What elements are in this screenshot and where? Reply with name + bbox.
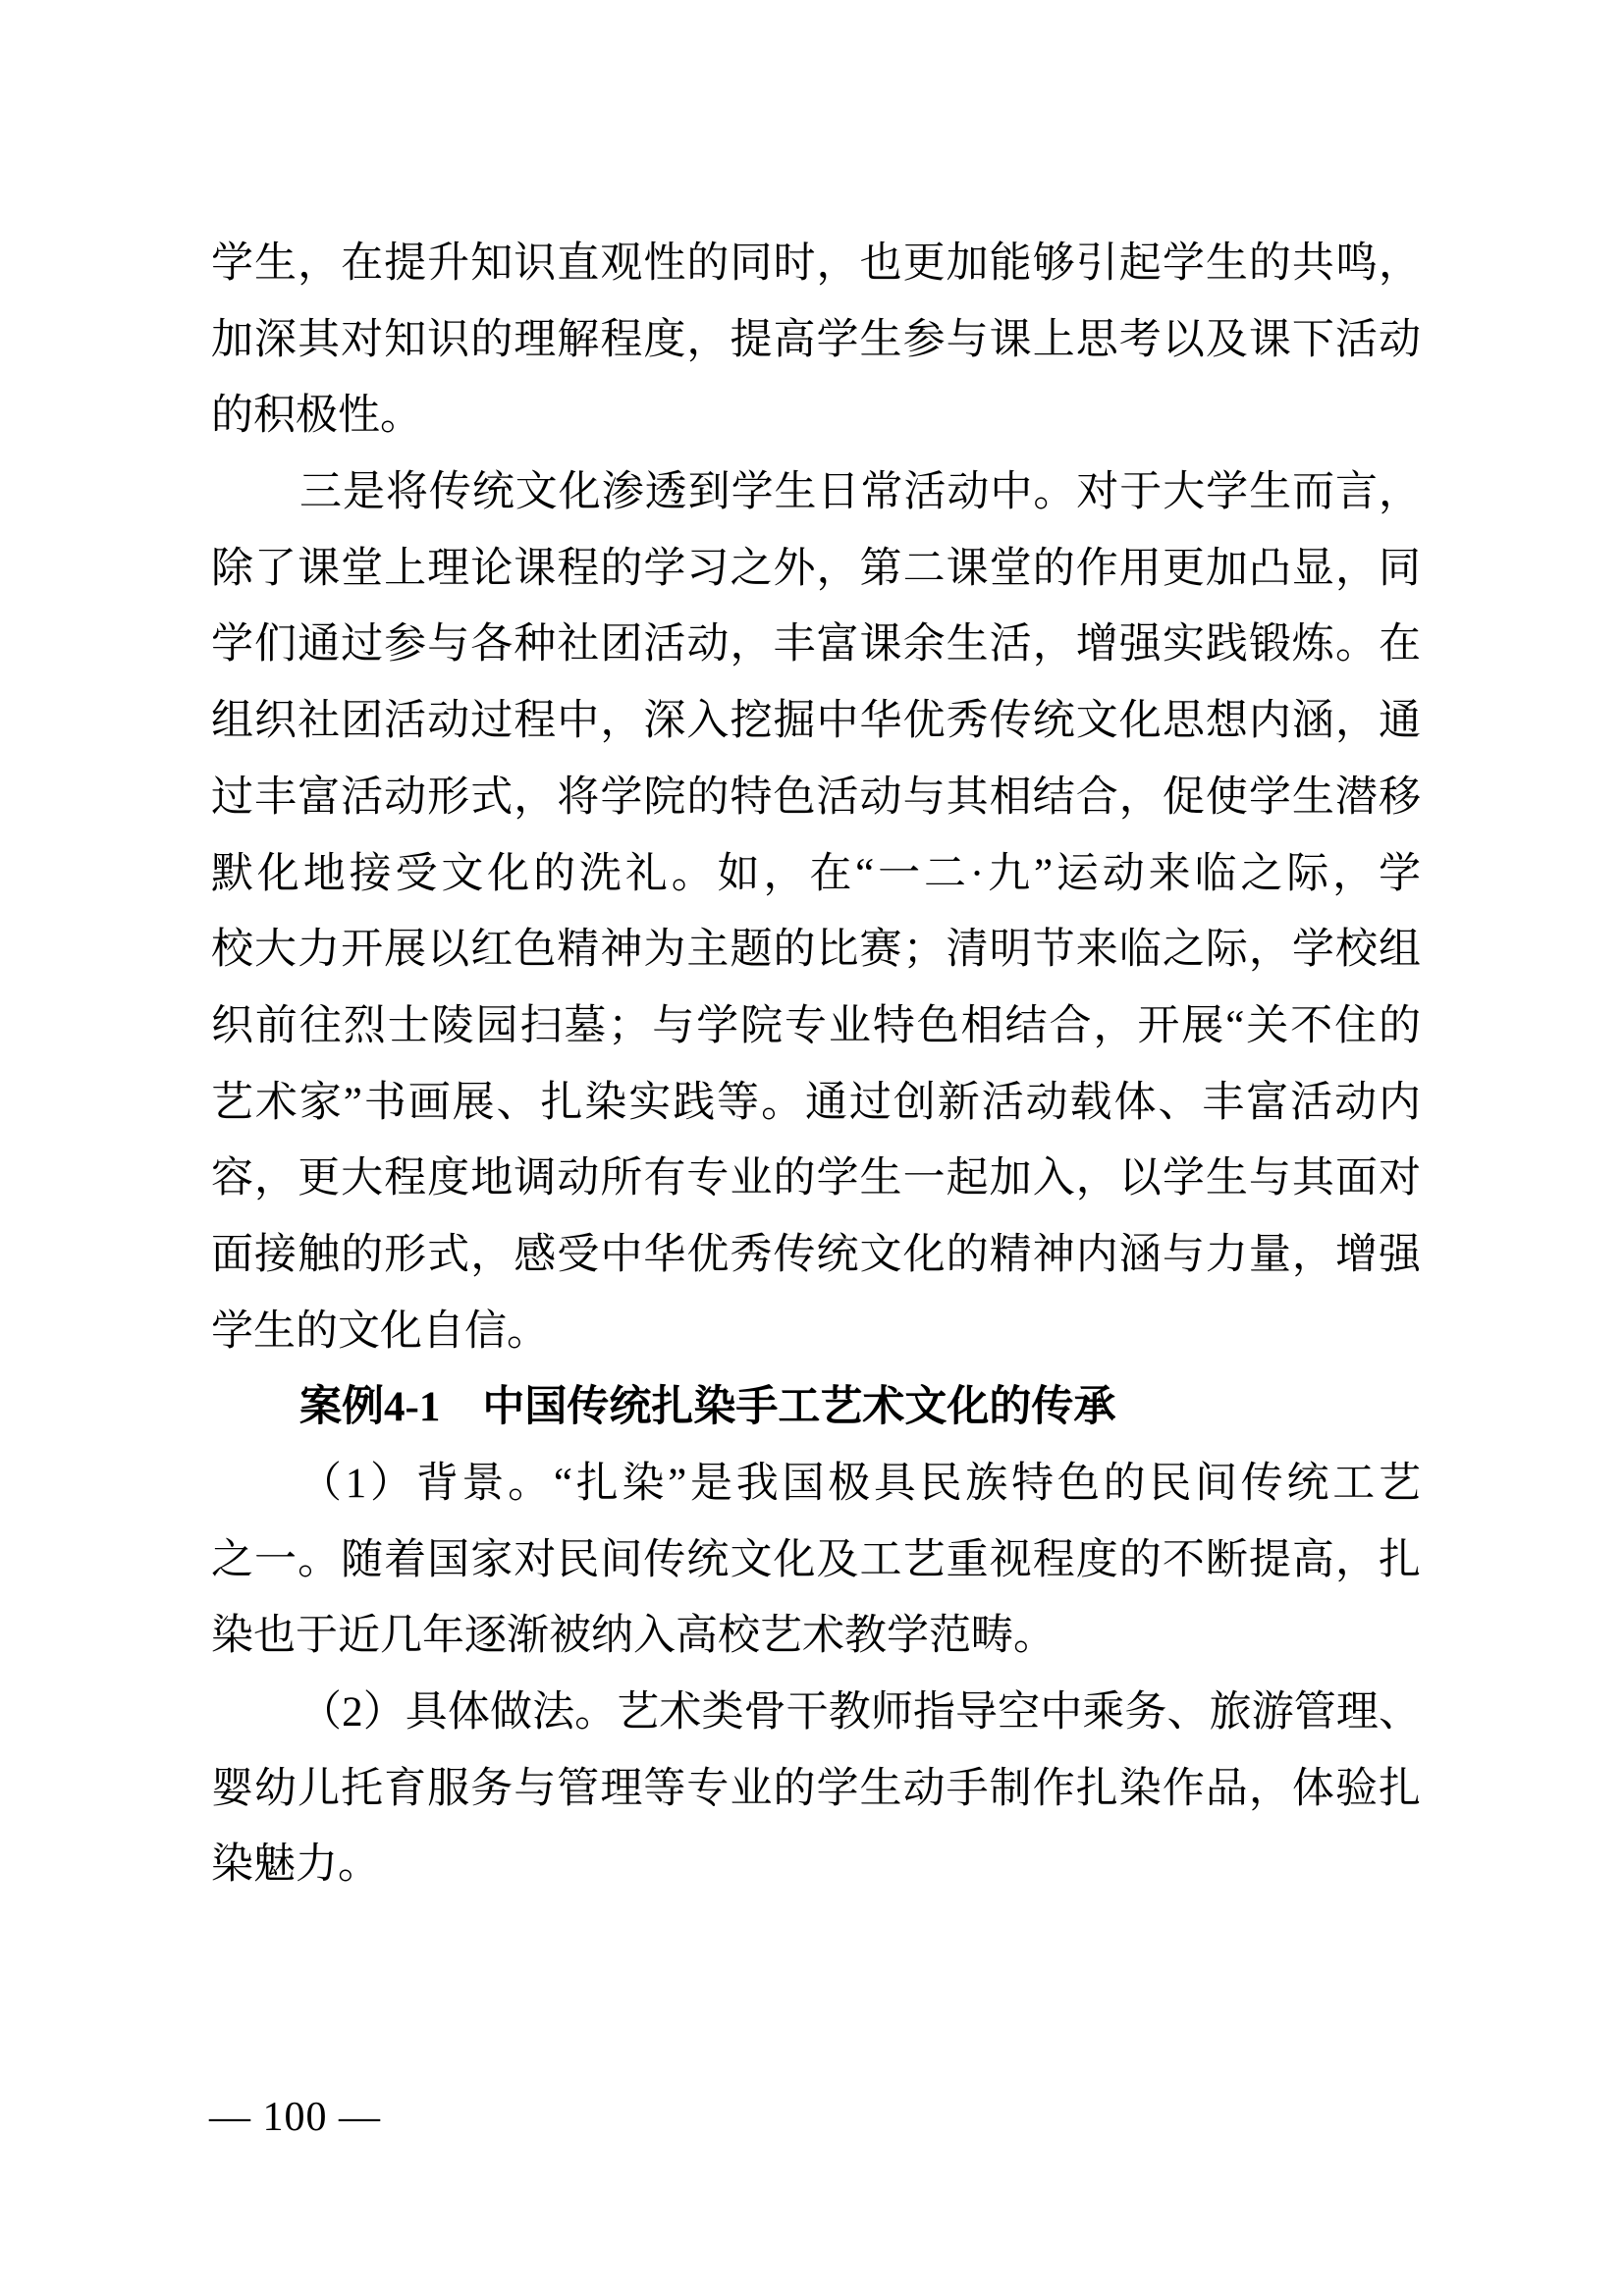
text-line: 过丰富活动形式，将学院的特色活动与其相结合，促使学生潜移 — [211, 760, 1421, 836]
text-line: 染也于近几年逐渐被纳入高校艺术教学范畴。 — [211, 1598, 1421, 1675]
text-line: 学生的文化自信。 — [211, 1294, 1421, 1370]
text-line: （1）背景。“扎染”是我国极具民族特色的民间传统工艺 — [211, 1446, 1421, 1522]
text-line: 三是将传统文化渗透到学生日常活动中。对于大学生而言， — [211, 454, 1421, 531]
text-line: 默化地接受文化的洗礼。如，在“一二·九”运动来临之际，学 — [211, 836, 1421, 913]
document-page: 学生，在提升知识直观性的同时，也更加能够引起学生的共鸣，加深其对知识的理解程度，… — [0, 0, 1624, 2296]
text-line: 艺术家”书画展、扎染实践等。通过创新活动载体、丰富活动内 — [211, 1065, 1421, 1142]
text-line: 容，更大程度地调动所有专业的学生一起加入，以学生与其面对 — [211, 1141, 1421, 1217]
text-line: 除了课堂上理论课程的学习之外，第二课堂的作用更加凸显，同 — [211, 531, 1421, 608]
text-line: 学生，在提升知识直观性的同时，也更加能够引起学生的共鸣， — [211, 226, 1421, 302]
text-line: 织前往烈士陵园扫墓；与学院专业特色相结合，开展“关不住的 — [211, 988, 1421, 1065]
text-line: 的积极性。 — [211, 378, 1421, 454]
text-line: 校大力开展以红色精神为主题的比赛；清明节来临之际，学校组 — [211, 912, 1421, 988]
text-line: 面接触的形式，感受中华优秀传统文化的精神内涵与力量，增强 — [211, 1217, 1421, 1294]
document-text-block: 学生，在提升知识直观性的同时，也更加能够引起学生的共鸣，加深其对知识的理解程度，… — [211, 226, 1421, 1903]
text-line: 之一。随着国家对民间传统文化及工艺重视程度的不断提高，扎 — [211, 1522, 1421, 1599]
text-line: 染魅力。 — [211, 1827, 1421, 1903]
text-line: 加深其对知识的理解程度，提高学生参与课上思考以及课下活动 — [211, 302, 1421, 379]
case-heading-line: 案例4-1 中国传统扎染手工艺术文化的传承 — [211, 1369, 1421, 1446]
page-number-footer: — 100 — — [209, 2097, 381, 2138]
text-line: 婴幼儿托育服务与管理等专业的学生动手制作扎染作品，体验扎 — [211, 1751, 1421, 1828]
text-line: 学们通过参与各种社团活动，丰富课余生活，增强实践锻炼。在 — [211, 607, 1421, 683]
text-line: （2）具体做法。艺术类骨干教师指导空中乘务、旅游管理、 — [211, 1675, 1421, 1751]
text-line: 组织社团活动过程中，深入挖掘中华优秀传统文化思想内涵，通 — [211, 683, 1421, 760]
